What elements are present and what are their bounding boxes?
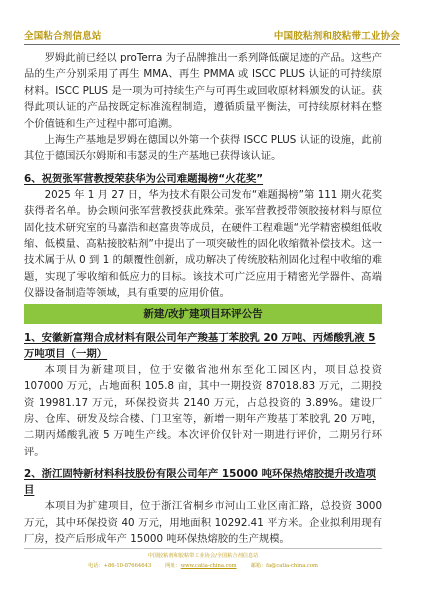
paragraph: 本项目为新建项目，位于安徽省池州东至化工园区内，项目总投资 107000 万元，… bbox=[24, 362, 382, 460]
project-heading: 2、浙江固特新材料科技股份有限公司年产 15000 吨环保热熔胶提升改造项目 bbox=[24, 466, 382, 498]
footer-website: 网址：www.catia-china.com bbox=[165, 562, 236, 569]
page-footer: 中国胶粘剂和胶粘带工业协会/全国粘合剂信息站 电话：+86-10-8766464… bbox=[24, 548, 382, 569]
paragraph: 本项目为扩建项目，位于浙江省桐乡市河山工业区南汇路，总投资 3000 万元，其中… bbox=[24, 498, 382, 547]
section-heading: 6、祝贺张军营教授荣获华为公司难题揭榜“火花奖” bbox=[24, 171, 382, 187]
footer-contacts: 电话：+86-10-87664643 网址：www.catia-china.co… bbox=[24, 562, 382, 569]
footer-phone: 电话：+86-10-87664643 bbox=[88, 562, 151, 569]
paragraph: 2025 年 1 月 27 日，华为技术有限公司发布“难题揭榜”第 111 期火… bbox=[24, 187, 382, 302]
project-heading: 1、安徽新富翔合成材料有限公司年产羧基丁苯胶乳 20 万吨、丙烯酸乳液 5 万吨… bbox=[24, 330, 382, 362]
page-header: 全国粘合剂信息站 中国胶粘剂和胶粘带工业协会 bbox=[24, 28, 400, 45]
header-right-title: 中国胶粘剂和胶粘带工业协会 bbox=[274, 28, 400, 42]
section-banner: 新建/改扩建项目环评公告 bbox=[24, 304, 382, 324]
website-link[interactable]: www.catia-china.com bbox=[181, 563, 237, 569]
document-body: 罗姆此前已经以 proTerra 为子品牌推出一系列降低碳足迹的产品。这些产品的… bbox=[24, 50, 382, 547]
paragraph: 上海生产基地是罗姆在德国以外第一个获得 ISCC PLUS 认证的设施，此前其位… bbox=[24, 132, 382, 165]
footer-email: 邮箱：fa@catia-china.com bbox=[251, 562, 318, 569]
footer-org: 中国胶粘剂和胶粘带工业协会/全国粘合剂信息站 bbox=[24, 552, 382, 559]
header-left-title: 全国粘合剂信息站 bbox=[24, 28, 102, 42]
paragraph: 罗姆此前已经以 proTerra 为子品牌推出一系列降低碳足迹的产品。这些产品的… bbox=[24, 50, 382, 132]
